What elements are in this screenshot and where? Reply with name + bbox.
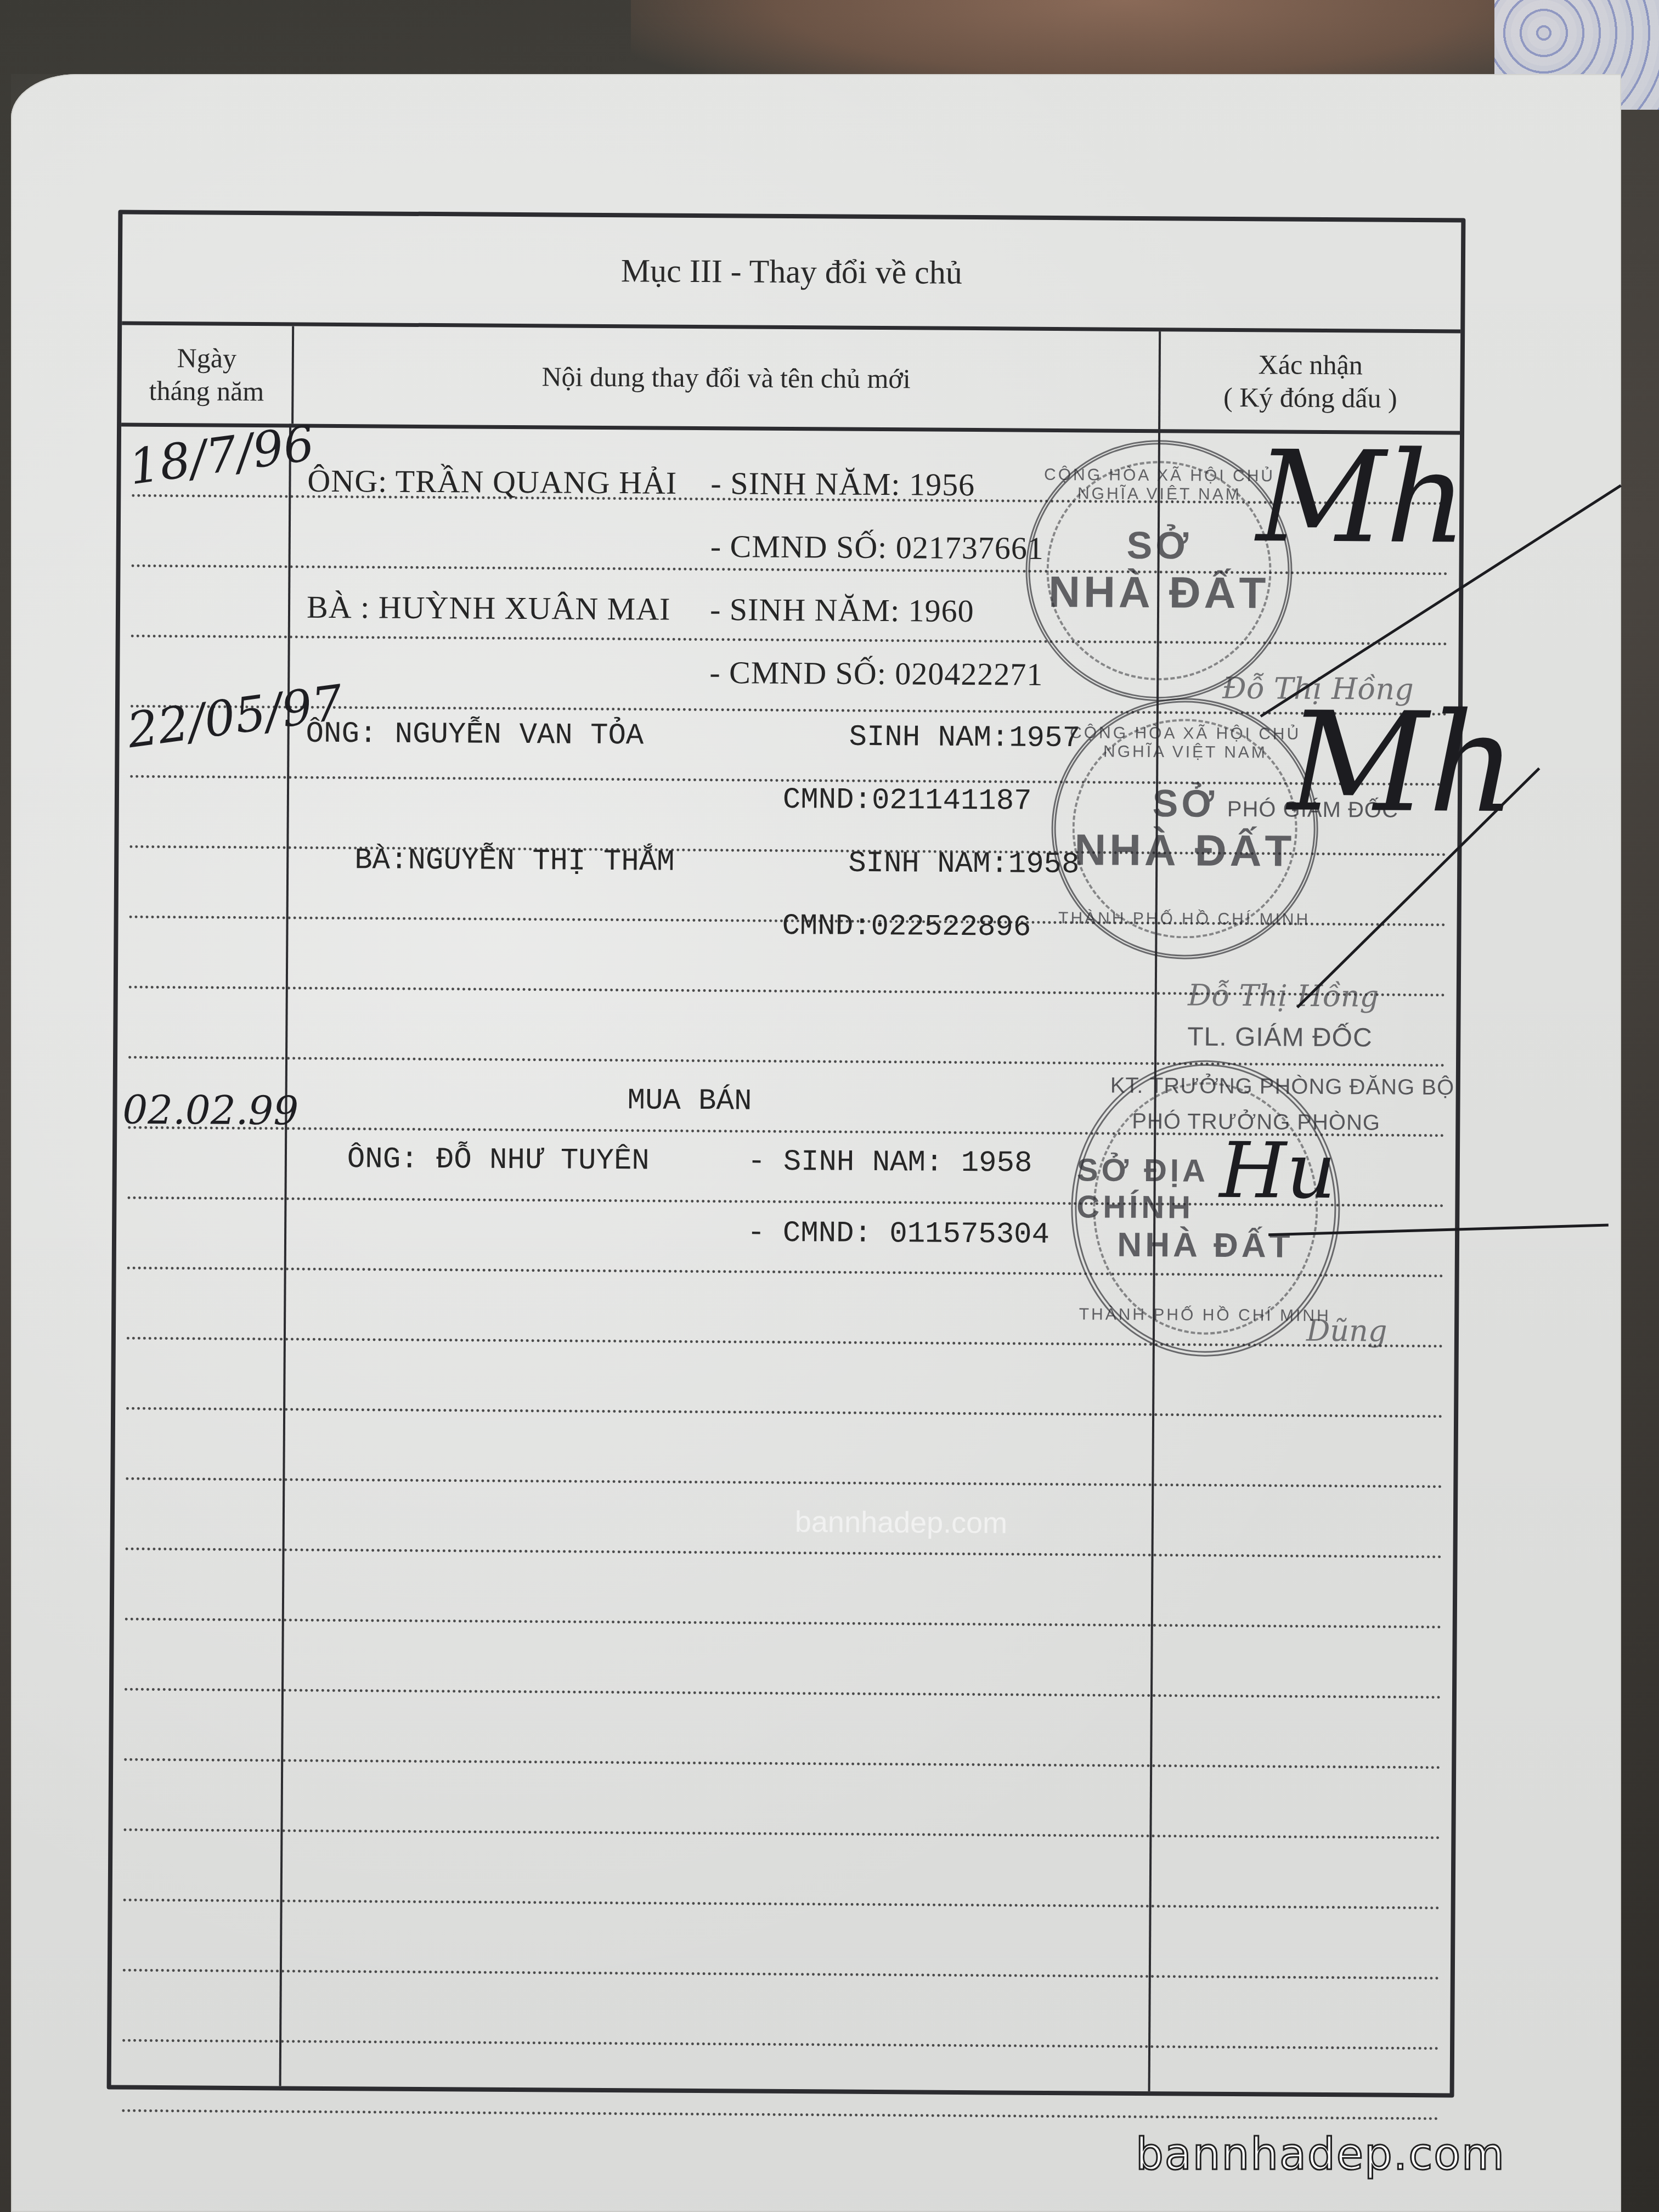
table-body: 18/7/96 ÔNG: TRẦN QUANG HẢI - SINH NĂM: … (111, 423, 1460, 2093)
ruled-line (123, 1899, 1440, 1910)
entry-owner-detail: - SINH NĂM: 1956 (710, 465, 975, 503)
watermark: bannhadep.com (795, 1505, 1008, 1540)
officer-title: TL. GIÁM ĐỐC (1187, 1022, 1373, 1053)
entry-heading: MUA BÁN (627, 1084, 752, 1118)
ruled-line (124, 1758, 1441, 1769)
ruled-line (122, 2039, 1439, 2050)
entry-owner-detail: - SINH NAM: 1958 (748, 1145, 1032, 1181)
entry-owner-name: ÔNG: NGUYỄN VAN TỎA (306, 718, 644, 753)
table-header: Ngày tháng năm Nội dung thay đổi và tên … (121, 325, 1460, 435)
ownership-change-table: Mục III - Thay đổi về chủ Ngày tháng năm… (107, 210, 1466, 2098)
ruled-line (126, 1548, 1442, 1559)
signer-name: Dũng (1306, 1313, 1387, 1348)
ruled-line (126, 1407, 1443, 1418)
ruled-line (125, 1688, 1441, 1699)
signature: Mh (1256, 424, 1468, 572)
official-stamp: CỘNG HÒA XÃ HỘI CHỦ NGHĨA VIỆT NAM SỞ NH… (1025, 439, 1293, 702)
entry-owner-name: BÀ:NGUYỄN THỊ THẮM (354, 844, 675, 879)
column-header-confirm: Xác nhận( Ký đóng dấu ) (1158, 331, 1460, 431)
official-stamp: CỘNG HÒA XÃ HỘI CHỦ NGHĨA VIỆT NAM SỞ NH… (1051, 697, 1319, 960)
signature: Mh (1287, 682, 1517, 844)
entry-owner-name: ÔNG: TRẦN QUANG HẢI (307, 462, 677, 501)
column-header-content: Nội dung thay đổi và tên chủ mới (291, 326, 1159, 429)
entry-owner-detail: SINH NAM:1957 (849, 721, 1080, 756)
entry-owner-detail: SINH NAM:1958 (848, 847, 1080, 882)
entry-owner-name: ÔNG: ĐỖ NHƯ TUYÊN (347, 1143, 650, 1178)
entry-owner-detail: - CMND SỐ: 020422271 (709, 654, 1043, 693)
ruled-line (123, 1969, 1440, 1980)
entry-owner-detail: - CMND SỐ: 021737661 (710, 528, 1045, 567)
entry-owner-detail: CMND:022522896 (782, 910, 1031, 945)
entry-date: 02.02.99 (122, 1087, 298, 1134)
ruled-line (128, 1056, 1445, 1067)
ruled-line (125, 1618, 1442, 1629)
signer-name: Đỗ Thị Hồng (1188, 978, 1379, 1013)
entry-owner-detail: - SINH NĂM: 1960 (710, 591, 974, 629)
watermark: bannhadep.com (1136, 2129, 1505, 2180)
section-title: Mục III - Thay đổi về chủ (122, 215, 1461, 334)
entry-owner-detail: - CMND: 011575304 (747, 1217, 1049, 1252)
column-header-date: Ngày tháng năm (121, 325, 292, 424)
entry-owner-detail: CMND:021141187 (783, 783, 1032, 819)
signature: Hu (1219, 1126, 1336, 1216)
ruled-line (123, 1829, 1440, 1839)
ruled-line (126, 1477, 1442, 1488)
entry-owner-name: BÀ : HUỲNH XUÂN MAI (307, 589, 671, 628)
